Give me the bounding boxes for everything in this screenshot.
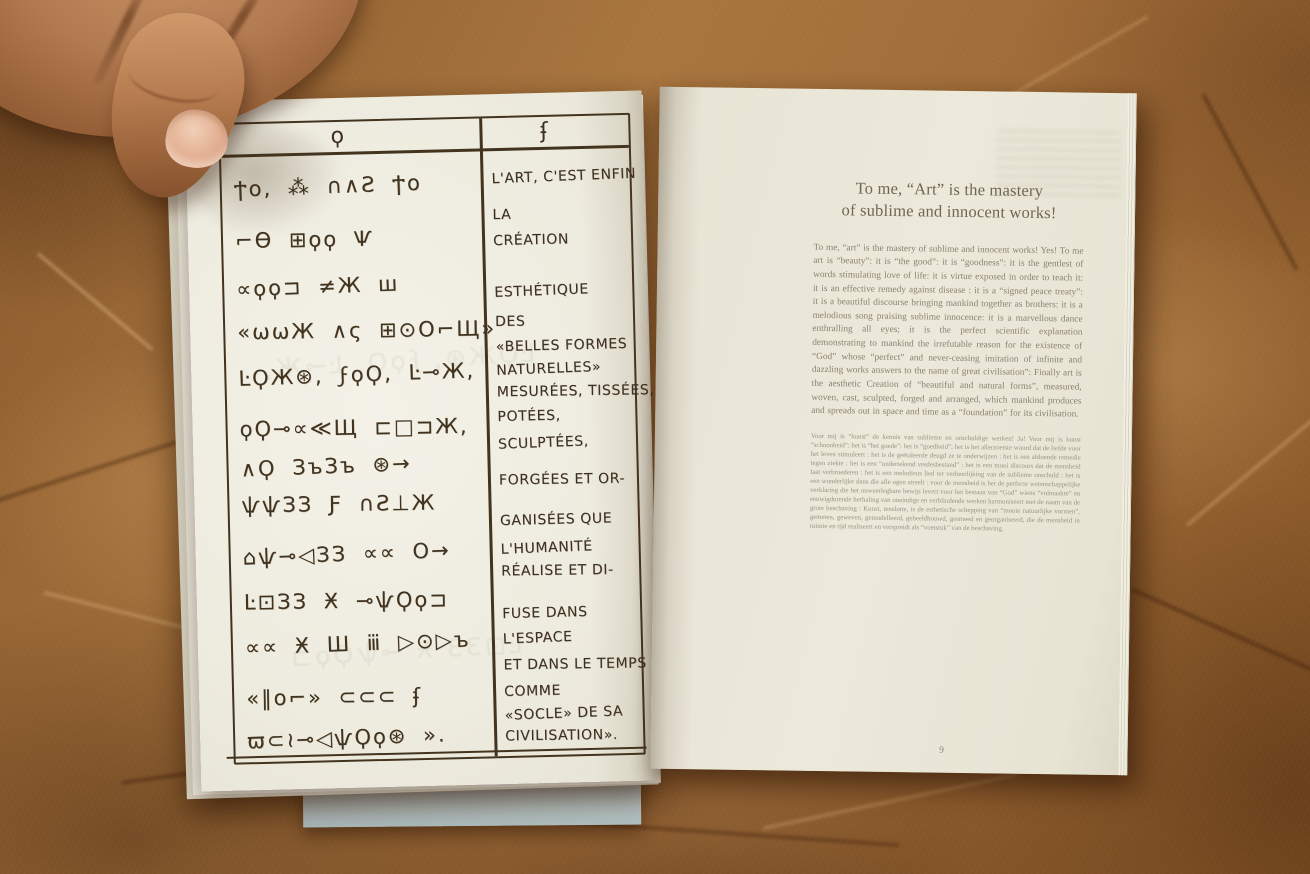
french-text-line: FORGÉES ET OR- [499, 471, 625, 489]
french-text-line: FUSE DANS [502, 604, 588, 622]
hand-drawn-table: ϙ ʄ Ϯo, ⁂ ∩∧Ƨ Ϯo ⌐ϴ ⊞ϙϙ Ѱ ∝ϙϙ⊐ ≠Ж ш «ωωЖ… [218, 113, 646, 765]
french-text-line: ESTHÉTIQUE [494, 281, 589, 301]
script-glyph-line: ⌂ѱ⊸◁ЗЗ ∝∝ O→ [242, 538, 451, 570]
script-glyph-line: ∧Ϙ ЗъЗъ ⊛→ [240, 451, 412, 481]
table-column-divider [479, 118, 497, 756]
dutch-paragraph: Voor mij is “kunst” de kennis van sublie… [810, 432, 1081, 535]
french-text-line: ET DANS LE TEMPS [503, 655, 646, 673]
show-through-glyphs: ĿϘЖ⊛, ϝϙϘ, Ŀ⊸Ж, [260, 338, 536, 383]
french-text-line: DES [495, 314, 526, 330]
english-paragraph: To me, “art” is the mastery of sublime a… [811, 241, 1083, 422]
script-glyph-line: ϙϘ⊸∝≪Щ ⊏□⊐Ж, [239, 414, 468, 442]
script-glyph-line: Ŀ⊡ЗЗ Ӿ ⊸ѱϘϙ⊐ [244, 587, 449, 614]
script-glyph-line: ϖ⊂≀⊸◁ѱϘϙ⊛ ». [247, 722, 447, 753]
script-glyph-line: ѱѱЗЗ Ƒ ∩Ƨ⊥Ж [241, 491, 436, 518]
page-title: To me, “Art” is the mastery of sublime a… [814, 177, 1085, 224]
table-header-rule [221, 145, 629, 157]
french-text-line: L'HUMANITÉ [500, 538, 593, 558]
french-text-line: SCULPTÉES, [498, 433, 589, 452]
script-glyph-line: Ϯo, ⁂ ∩∧Ƨ Ϯo [233, 171, 422, 202]
printed-text-column: To me, “Art” is the mastery of sublime a… [810, 89, 1086, 535]
script-glyph-line: «ωωЖ ∧ς ⊞⊙O⌐Щ» [237, 316, 496, 344]
right-book-page: To me, “Art” is the mastery of sublime a… [650, 87, 1136, 776]
script-glyph-line: ⌐ϴ ⊞ϙϙ Ѱ [235, 227, 374, 253]
french-text-line: CIVILISATION». [505, 727, 618, 745]
french-text-line: NATURELLES» [496, 359, 601, 379]
script-glyph-line: ∝∝ Ӿ Ш ⅲ ▷⊙▷ъ [245, 627, 471, 659]
photo-of-open-book: ĿϘЖ⊛, ϝϙϘ, Ŀ⊸Ж, Ŀ⊡ЗЗ Ӿ ⊸ѱϘϙ⊐ ϙ ʄ Ϯo, ⁂ ∩… [0, 0, 1310, 874]
script-glyph-line: «‖o⌐» ⊂⊂⊂ ʄ [246, 684, 422, 711]
french-text-line: POTÉES, [497, 408, 561, 426]
title-line-2: of sublime and innocent works! [814, 199, 1084, 225]
french-text-line: MESURÉES, TISSÉES, [497, 382, 655, 400]
french-text-line: L'ESPACE [503, 629, 573, 648]
french-text-line: LA [492, 207, 511, 223]
french-column-header-symbol: ʄ [540, 119, 548, 144]
french-text-line: CRÉATION [493, 231, 569, 249]
left-book-page: ĿϘЖ⊛, ϝϙϘ, Ŀ⊸Ж, Ŀ⊡ЗЗ Ӿ ⊸ѱϘϙ⊐ ϙ ʄ Ϯo, ⁂ ∩… [185, 91, 659, 792]
script-glyph-line: ĿϘЖ⊛, ϝϙϘ, Ŀ⊸Ж, [238, 358, 475, 391]
french-text-line: GANISÉES QUE [500, 510, 613, 529]
french-text-line: RÉALISE ET DI- [501, 562, 614, 580]
french-text-line: COMME [504, 683, 561, 700]
glyph-column-header-symbol: ϙ [330, 124, 344, 149]
page-number: 9 [806, 744, 1076, 758]
script-glyph-line: ∝ϙϙ⊐ ≠Ж ш [236, 272, 400, 302]
french-text-line: «SOCLE» DE SA [504, 703, 623, 724]
show-through-glyphs: Ŀ⊡ЗЗ Ӿ ⊸ѱϘϙ⊐ [287, 630, 523, 673]
french-text-line: L'ART, C'EST ENFIN [491, 166, 636, 188]
french-text-line: «BELLES FORMES [496, 336, 628, 355]
